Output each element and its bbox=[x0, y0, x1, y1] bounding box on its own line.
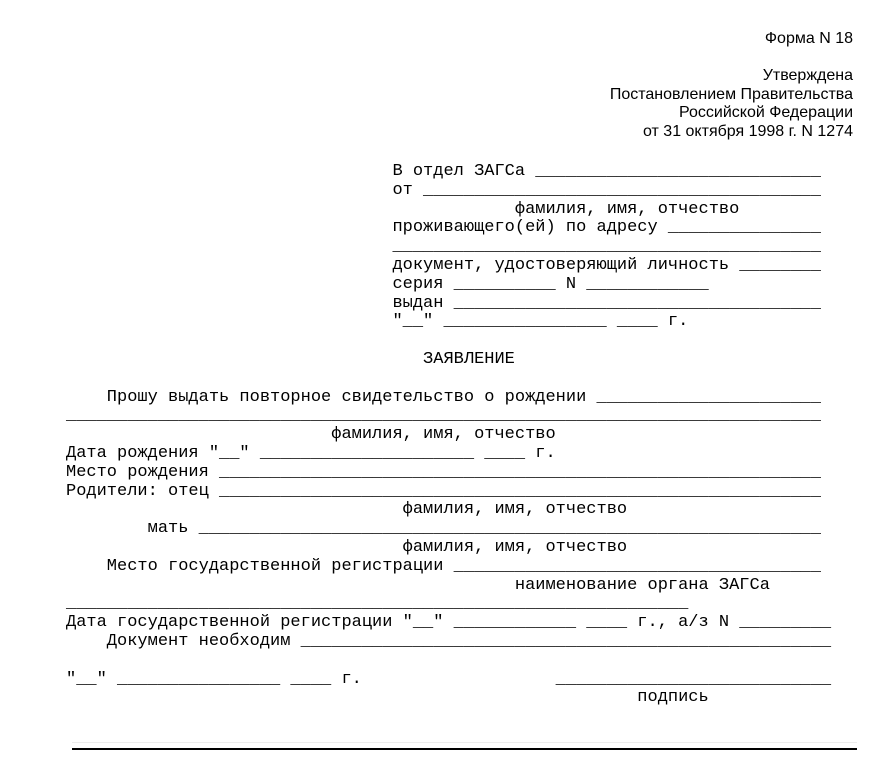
field-address: проживающего(ей) по адресу _____________… bbox=[66, 219, 831, 238]
field-issue-date: "__" ________________ ____ г. bbox=[66, 313, 831, 332]
hint-fio-father: фамилия, имя, отчество bbox=[66, 501, 831, 520]
field-document-purpose: Документ необходим _____________________… bbox=[66, 633, 831, 652]
field-father: Родители: отец _________________________… bbox=[66, 483, 831, 502]
form-header: Форма N 18 Утверждена Постановлением Пра… bbox=[610, 30, 853, 141]
field-address-cont: ________________________________________… bbox=[66, 238, 831, 257]
decree-line-1: Постановлением Правительства bbox=[610, 86, 853, 105]
hint-zags-name: наименование органа ЗАГСа bbox=[66, 577, 831, 596]
field-registration-date: Дата государственной регистрации "__" __… bbox=[66, 614, 831, 633]
bottom-rule bbox=[72, 748, 857, 750]
field-mother: мать ___________________________________… bbox=[66, 520, 831, 539]
field-date-and-signature: "__" ________________ ____ г. __________… bbox=[66, 671, 831, 690]
field-issued-by: выдан __________________________________… bbox=[66, 295, 831, 314]
document-body: В отдел ЗАГСа __________________________… bbox=[66, 163, 831, 708]
bottom-rule-highlight bbox=[72, 742, 857, 743]
header-spacer bbox=[610, 49, 853, 68]
spacer-line-2 bbox=[66, 370, 831, 389]
hint-signature: подпись bbox=[66, 689, 831, 708]
hint-fio-mother: фамилия, имя, отчество bbox=[66, 539, 831, 558]
form-number-line: Форма N 18 bbox=[610, 30, 853, 49]
hint-fio-subject: фамилия, имя, отчество bbox=[66, 426, 831, 445]
document-page: Форма N 18 Утверждена Постановлением Пра… bbox=[0, 0, 880, 772]
field-birth-date: Дата рождения "__" _____________________… bbox=[66, 445, 831, 464]
decree-line-2: Российской Федерации bbox=[610, 104, 853, 123]
field-request-cont: ________________________________________… bbox=[66, 407, 831, 426]
field-series-number: серия __________ N ____________ bbox=[66, 276, 831, 295]
field-birth-place: Место рождения _________________________… bbox=[66, 464, 831, 483]
hint-fio-applicant: фамилия, имя, отчество bbox=[66, 201, 831, 220]
field-applicant-name: от _____________________________________… bbox=[66, 182, 831, 201]
field-identity-document: документ, удостоверяющий личность ______… bbox=[66, 257, 831, 276]
spacer-line-1 bbox=[66, 332, 831, 351]
document-title: ЗАЯВЛЕНИЕ bbox=[66, 351, 831, 370]
decree-date-line: от 31 октября 1998 г. N 1274 bbox=[610, 123, 853, 142]
field-registration-place: Место государственной регистрации ______… bbox=[66, 558, 831, 577]
field-registration-place-cont: ________________________________________… bbox=[66, 595, 831, 614]
field-request: Прошу выдать повторное свидетельство о р… bbox=[66, 389, 831, 408]
approved-line: Утверждена bbox=[610, 67, 853, 86]
spacer-line-3 bbox=[66, 652, 831, 671]
field-zags-office: В отдел ЗАГСа __________________________… bbox=[66, 163, 831, 182]
